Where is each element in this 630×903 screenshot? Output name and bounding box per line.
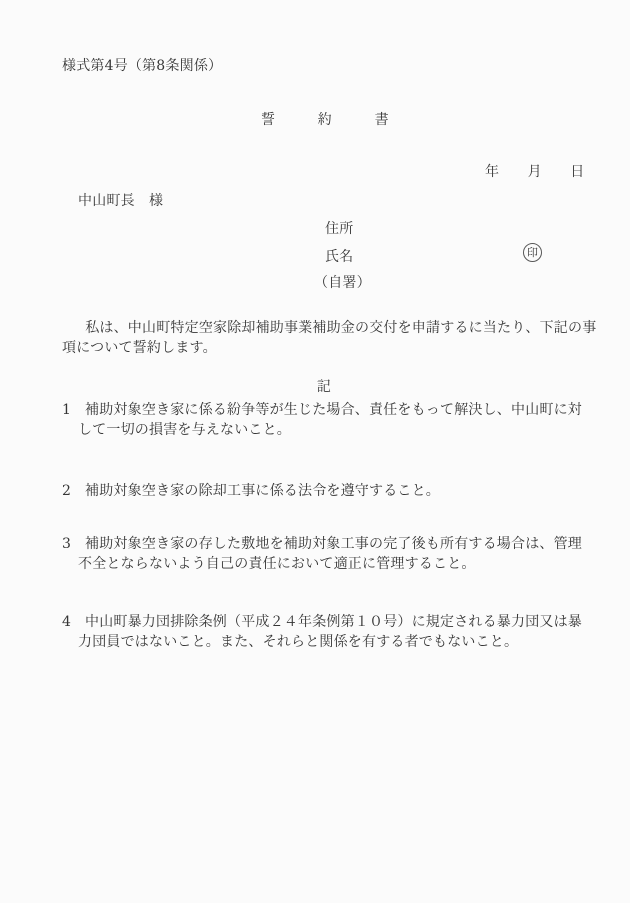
- item-number: 4: [62, 612, 85, 632]
- item-number: 3: [62, 534, 85, 554]
- item-text: 補助対象空き家に係る紛争等が生じた場合、責任をもって解決し、中山町に対: [85, 402, 582, 418]
- item-text: 補助対象空き家の除却工事に係る法令を遵守すること。: [85, 483, 440, 499]
- document-title: 誓 約 書: [261, 110, 389, 130]
- body-line-1: 私は、中山町特定空家除却補助事業補助金の交付を申請するに当たり、下記の事: [62, 318, 596, 338]
- item-number: 1: [62, 400, 85, 420]
- item-continuation-line: して一切の損害を与えないこと。: [78, 420, 582, 440]
- item-text: 中山町暴力団排除条例（平成２４年条例第１０号）に規定される暴力団又は暴: [85, 614, 582, 630]
- pledge-item-1: 1補助対象空き家に係る紛争等が生じた場合、責任をもって解決し、中山町に対 して一…: [62, 400, 582, 440]
- item-continuation-line: 力団員ではないこと。また、それらと関係を有する者でもないこと。: [78, 632, 582, 652]
- form-number: 様式第4号（第8条関係）: [62, 56, 222, 76]
- item-text: 補助対象空き家の存した敷地を補助対象工事の完了後も所有する場合は、管理: [85, 536, 582, 552]
- item-first-line: 4中山町暴力団排除条例（平成２４年条例第１０号）に規定される暴力団又は暴: [62, 612, 582, 632]
- name-label: 氏名: [325, 247, 353, 267]
- list-marker-ki: 記: [62, 377, 586, 397]
- body-line-2: 項について誓約します。: [62, 338, 596, 358]
- pledge-item-2: 2補助対象空き家の除却工事に係る法令を遵守すること。: [62, 481, 440, 501]
- body-paragraph: 私は、中山町特定空家除却補助事業補助金の交付を申請するに当たり、下記の事 項につ…: [62, 318, 596, 358]
- address-label: 住所: [325, 219, 353, 239]
- seal-mark-icon: 印: [523, 243, 542, 262]
- item-number: 2: [62, 481, 85, 501]
- pledge-document-page: 様式第4号（第8条関係） 誓 約 書 年 月 日 中山町長 様 住所 氏名 印 …: [0, 0, 630, 903]
- item-first-line: 2補助対象空き家の除却工事に係る法令を遵守すること。: [62, 481, 440, 501]
- date-line: 年 月 日: [485, 162, 584, 182]
- signature-note: （自署）: [314, 273, 371, 293]
- pledge-item-3: 3補助対象空き家の存した敷地を補助対象工事の完了後も所有する場合は、管理 不全と…: [62, 534, 582, 574]
- item-first-line: 1補助対象空き家に係る紛争等が生じた場合、責任をもって解決し、中山町に対: [62, 400, 582, 420]
- addressee: 中山町長 様: [78, 191, 163, 211]
- item-continuation-line: 不全とならないよう自己の責任において適正に管理すること。: [78, 554, 582, 574]
- pledge-item-4: 4中山町暴力団排除条例（平成２４年条例第１０号）に規定される暴力団又は暴 力団員…: [62, 612, 582, 652]
- item-first-line: 3補助対象空き家の存した敷地を補助対象工事の完了後も所有する場合は、管理: [62, 534, 582, 554]
